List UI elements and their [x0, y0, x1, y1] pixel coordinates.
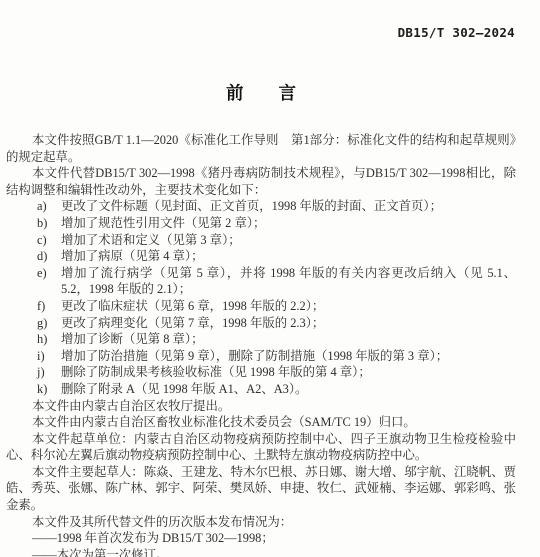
history-item: ——1998 年首次发布为 DB15/T 302—1998；	[6, 530, 516, 547]
change-list: a) 更改了文件标题（见封面、正文首页，1998 年版的封面、正文首页）； b)…	[6, 198, 516, 397]
item-text: 删除了防制成果考核验收标准（见 1998 年版的第 4 章）；	[61, 365, 371, 379]
paragraph-history-intro: 本文件及其所代替文件的历次版本发布情况为：	[6, 514, 516, 531]
change-list-item: g) 更改了病理变化（见第 7 章，1998 年版的 2.3）；	[6, 315, 516, 332]
item-letter: f)	[37, 298, 45, 315]
change-list-item: e) 增加了流行病学（见第 5 章），并将 1998 年版的有关内容更改后纳入（…	[6, 265, 516, 298]
item-text: 增加了诊断（见第 8 章）；	[61, 332, 204, 346]
item-letter: h)	[37, 331, 47, 348]
change-list-item: f) 更改了临床症状（见第 6 章，1998 年版的 2.2）；	[6, 298, 516, 315]
foreword-body: 本文件按照GB/T 1.1—2020《标准化工作导则 第1部分：标准化文件的结构…	[6, 132, 516, 557]
item-letter: i)	[37, 348, 45, 365]
item-letter: e)	[37, 265, 47, 282]
change-list-item: j) 删除了防制成果考核验收标准（见 1998 年版的第 4 章）；	[6, 364, 516, 381]
item-letter: k)	[37, 381, 47, 398]
change-list-item: b) 增加了规范性引用文件（见第 2 章）；	[6, 215, 516, 232]
item-letter: d)	[37, 248, 47, 265]
paragraph-centralized-by: 本文件由内蒙古自治区畜牧业标准化技术委员会（SAM/TC 19）归口。	[6, 414, 516, 431]
paragraph-replacement-note: 本文件代替DB15/T 302—1998《猪丹毒病防制技术规程》，与DB15/T…	[6, 165, 516, 198]
item-text: 更改了文件标题（见封面、正文首页，1998 年版的封面、正文首页）；	[61, 199, 442, 213]
item-letter: j)	[37, 364, 45, 381]
change-list-item: i) 增加了防治措施（见第 9 章），删除了防制措施（1998 年版的第 3 章…	[6, 348, 516, 365]
item-letter: c)	[37, 232, 47, 249]
item-letter: b)	[37, 215, 47, 232]
change-list-item: k) 删除了附录 A（见 1998 年版 A1、A2、A3）。	[6, 381, 516, 398]
doc-code: DB15/T 302—2024	[398, 25, 515, 40]
paragraph-drafters: 本文件主要起草人：陈焱、王建龙、特木尔巴根、苏日娜、谢大增、邬宇航、江晓帆、贾皓…	[6, 464, 516, 514]
item-text: 增加了流行病学（见第 5 章），并将 1998 年版的有关内容更改后纳入（见 5…	[61, 266, 516, 297]
paragraph-drafting-units: 本文件起草单位：内蒙古自治区动物疫病预防控制中心、四子王旗动物卫生检疫检验中心、…	[6, 431, 516, 464]
change-list-item: a) 更改了文件标题（见封面、正文首页，1998 年版的封面、正文首页）；	[6, 198, 516, 215]
item-text: 更改了临床症状（见第 6 章，1998 年版的 2.2）；	[61, 299, 324, 313]
item-text: 更改了病理变化（见第 7 章，1998 年版的 2.3）；	[61, 316, 324, 330]
change-list-item: c) 增加了术语和定义（见第 3 章）；	[6, 232, 516, 249]
item-text: 删除了附录 A（见 1998 年版 A1、A2、A3）。	[61, 382, 307, 396]
paragraph-drafting-basis: 本文件按照GB/T 1.1—2020《标准化工作导则 第1部分：标准化文件的结构…	[6, 132, 516, 165]
paragraph-proposed-by: 本文件由内蒙古自治区农牧厅提出。	[6, 398, 516, 415]
item-text: 增加了病原（见第 4 章）；	[61, 249, 204, 263]
history-item: ——本次为第一次修订。	[6, 547, 516, 557]
change-list-item: d) 增加了病原（见第 4 章）；	[6, 248, 516, 265]
item-text: 增加了术语和定义（见第 3 章）；	[61, 233, 241, 247]
item-letter: g)	[37, 315, 47, 332]
item-letter: a)	[37, 198, 47, 215]
page-title: 前 言	[0, 80, 522, 105]
item-text: 增加了规范性引用文件（见第 2 章）；	[61, 216, 265, 230]
document-page: DB15/T 302—2024 前 言 本文件按照GB/T 1.1—2020《标…	[0, 0, 540, 557]
item-text: 增加了防治措施（见第 9 章），删除了防制措施（1998 年版的第 3 章）；	[61, 349, 448, 363]
change-list-item: h) 增加了诊断（见第 8 章）；	[6, 331, 516, 348]
